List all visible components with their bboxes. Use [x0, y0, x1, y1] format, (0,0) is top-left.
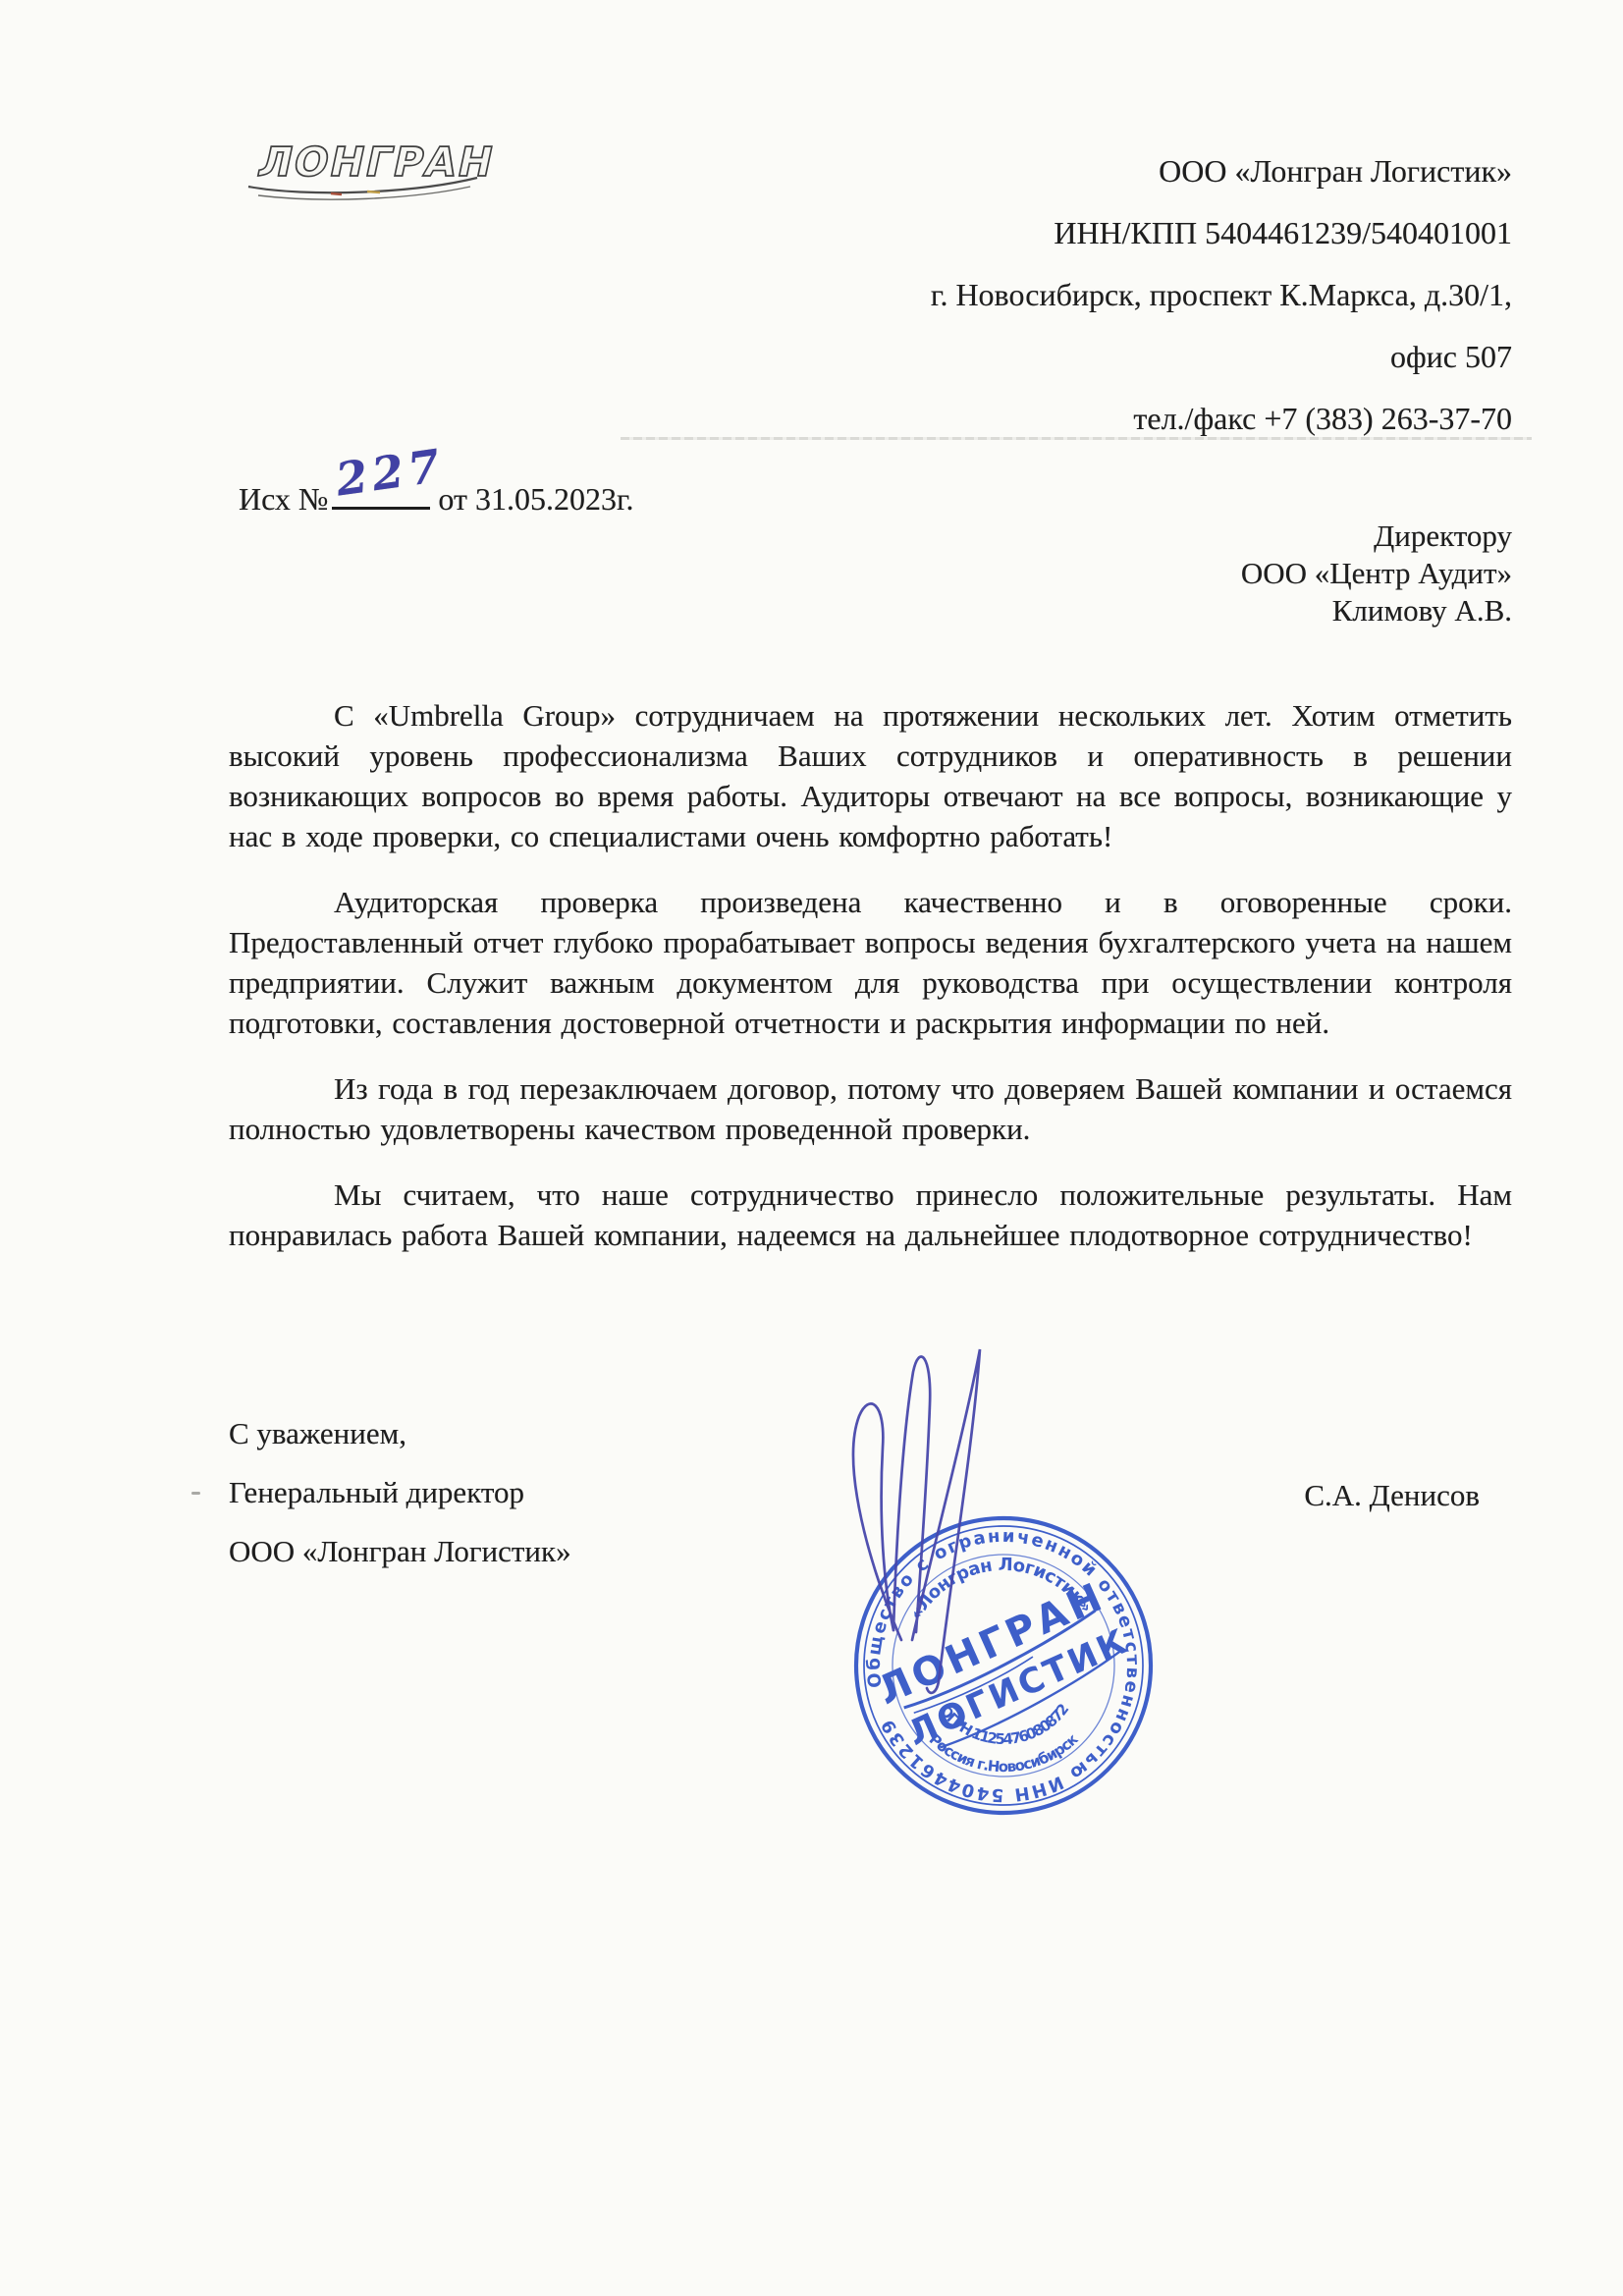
logo-text: ЛОНГРАН: [254, 138, 494, 185]
recipient-line-position: Директору: [825, 518, 1512, 555]
scan-line-artifact: [621, 437, 1532, 440]
signer-title: Генеральный директор: [229, 1475, 524, 1510]
handwritten-signature: [813, 1328, 1039, 1716]
signer-name: С.А. Денисов: [1304, 1478, 1480, 1513]
header-line-phone: тел./факс +7 (383) 263-37-70: [766, 388, 1512, 450]
longran-logo: ЛОНГРАН: [239, 120, 494, 213]
signer-company: ООО «Лонгран Логистик»: [229, 1534, 571, 1569]
header-line-office: офис 507: [766, 326, 1512, 388]
header-line-address: г. Новосибирск, проспект К.Маркса, д.30/…: [766, 264, 1512, 326]
letter-body: С «Umbrella Group» сотрудничаем на протя…: [229, 678, 1512, 1281]
body-paragraph: С «Umbrella Group» сотрудничаем на протя…: [229, 695, 1512, 856]
body-paragraph: Мы считаем, что наше сотрудничество прин…: [229, 1175, 1512, 1255]
letter-page: ЛОНГРАН ООО «Лонгран Логистик» ИНН/КПП 5…: [0, 0, 1623, 2296]
ref-prefix: Исх №: [239, 481, 328, 517]
ref-date: от 31.05.2023г.: [438, 481, 633, 517]
ref-underline: 227: [332, 471, 430, 510]
body-paragraph: Аудиторская проверка произведена качеств…: [229, 882, 1512, 1043]
recipient-line-company: ООО «Центр Аудит»: [825, 555, 1512, 592]
company-header: ООО «Лонгран Логистик» ИНН/КПП 540446123…: [766, 140, 1512, 450]
closing-salutation: С уважением,: [229, 1416, 406, 1451]
body-paragraph: Из года в год перезаключаем договор, пот…: [229, 1068, 1512, 1149]
recipient-line-name: Климову А.В.: [825, 592, 1512, 629]
header-line-inn-kpp: ИНН/КПП 5404461239/540401001: [766, 202, 1512, 264]
header-line-company: ООО «Лонгран Логистик»: [766, 140, 1512, 202]
scan-speck: [191, 1492, 200, 1495]
ref-number-handwritten: 227: [333, 439, 448, 507]
recipient-block: Директору ООО «Центр Аудит» Климову А.В.: [825, 518, 1512, 629]
outgoing-ref-line: Исх №227от 31.05.2023г.: [239, 471, 634, 518]
